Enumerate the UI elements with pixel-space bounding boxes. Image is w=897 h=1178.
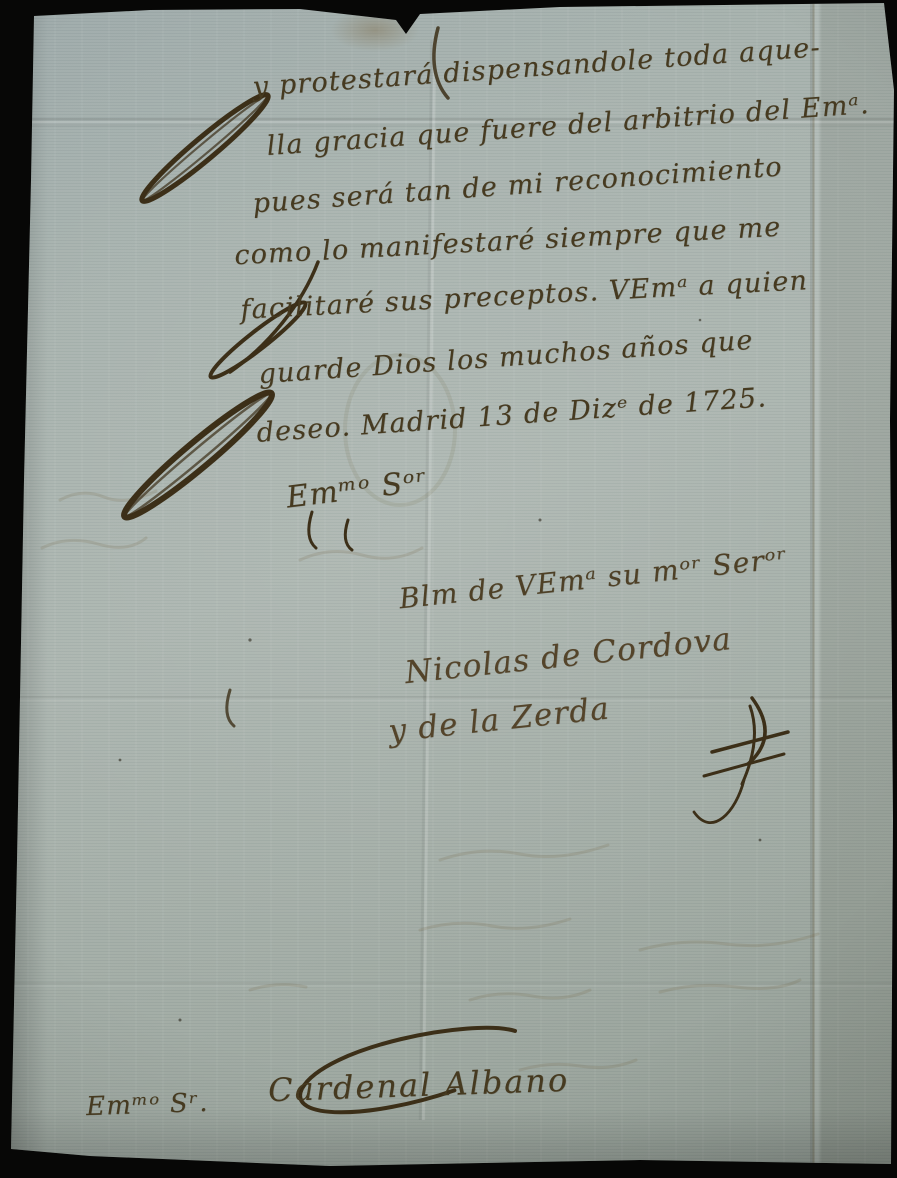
scanned-letter: y protestará dispensandole toda aque- ll… xyxy=(0,0,897,1178)
pen-flourishes xyxy=(0,0,897,1178)
